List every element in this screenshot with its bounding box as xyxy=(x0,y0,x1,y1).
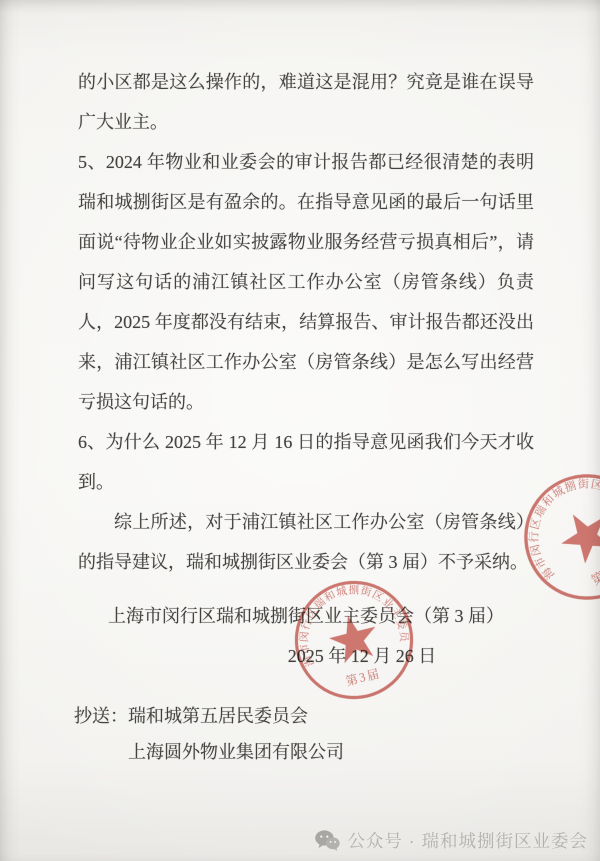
seal-star-icon xyxy=(551,501,600,569)
paragraph-item-6: 6、为什么 2025 年 12 月 16 日的指导意见函我们今天才收到。 xyxy=(78,422,534,502)
cc-item: 上海圆外物业集团有限公司 xyxy=(128,734,344,770)
paragraph-item-5: 5、2024 年物业和业委会的审计报告都已经很清楚的表明瑞和城捌街区是有盈余的。… xyxy=(78,142,534,422)
cc-label: 抄送： xyxy=(74,698,128,770)
wechat-icon xyxy=(315,830,340,851)
svg-text:第3届: 第3届 xyxy=(344,666,382,688)
paragraph-conclusion: 综上所述，对于浦江镇社区工作办公室（房管条线）的指导建议，瑞和城捌街区业委会（第… xyxy=(78,502,534,582)
paragraph-continuation: 的小区都是这么操作的，难道这是混用？究竟是谁在误导广大业主。 xyxy=(78,62,534,142)
seal-star-icon xyxy=(325,610,382,666)
svg-text:第3届: 第3届 xyxy=(589,556,600,588)
watermark-label: 公众号 · 瑞和城捌街区业委会 xyxy=(347,828,588,853)
watermark: 公众号 · 瑞和城捌街区业委会 xyxy=(315,828,588,853)
scanned-letter-page: 的小区都是这么操作的，难道这是混用？究竟是谁在误导广大业主。 5、2024 年物… xyxy=(0,0,600,861)
